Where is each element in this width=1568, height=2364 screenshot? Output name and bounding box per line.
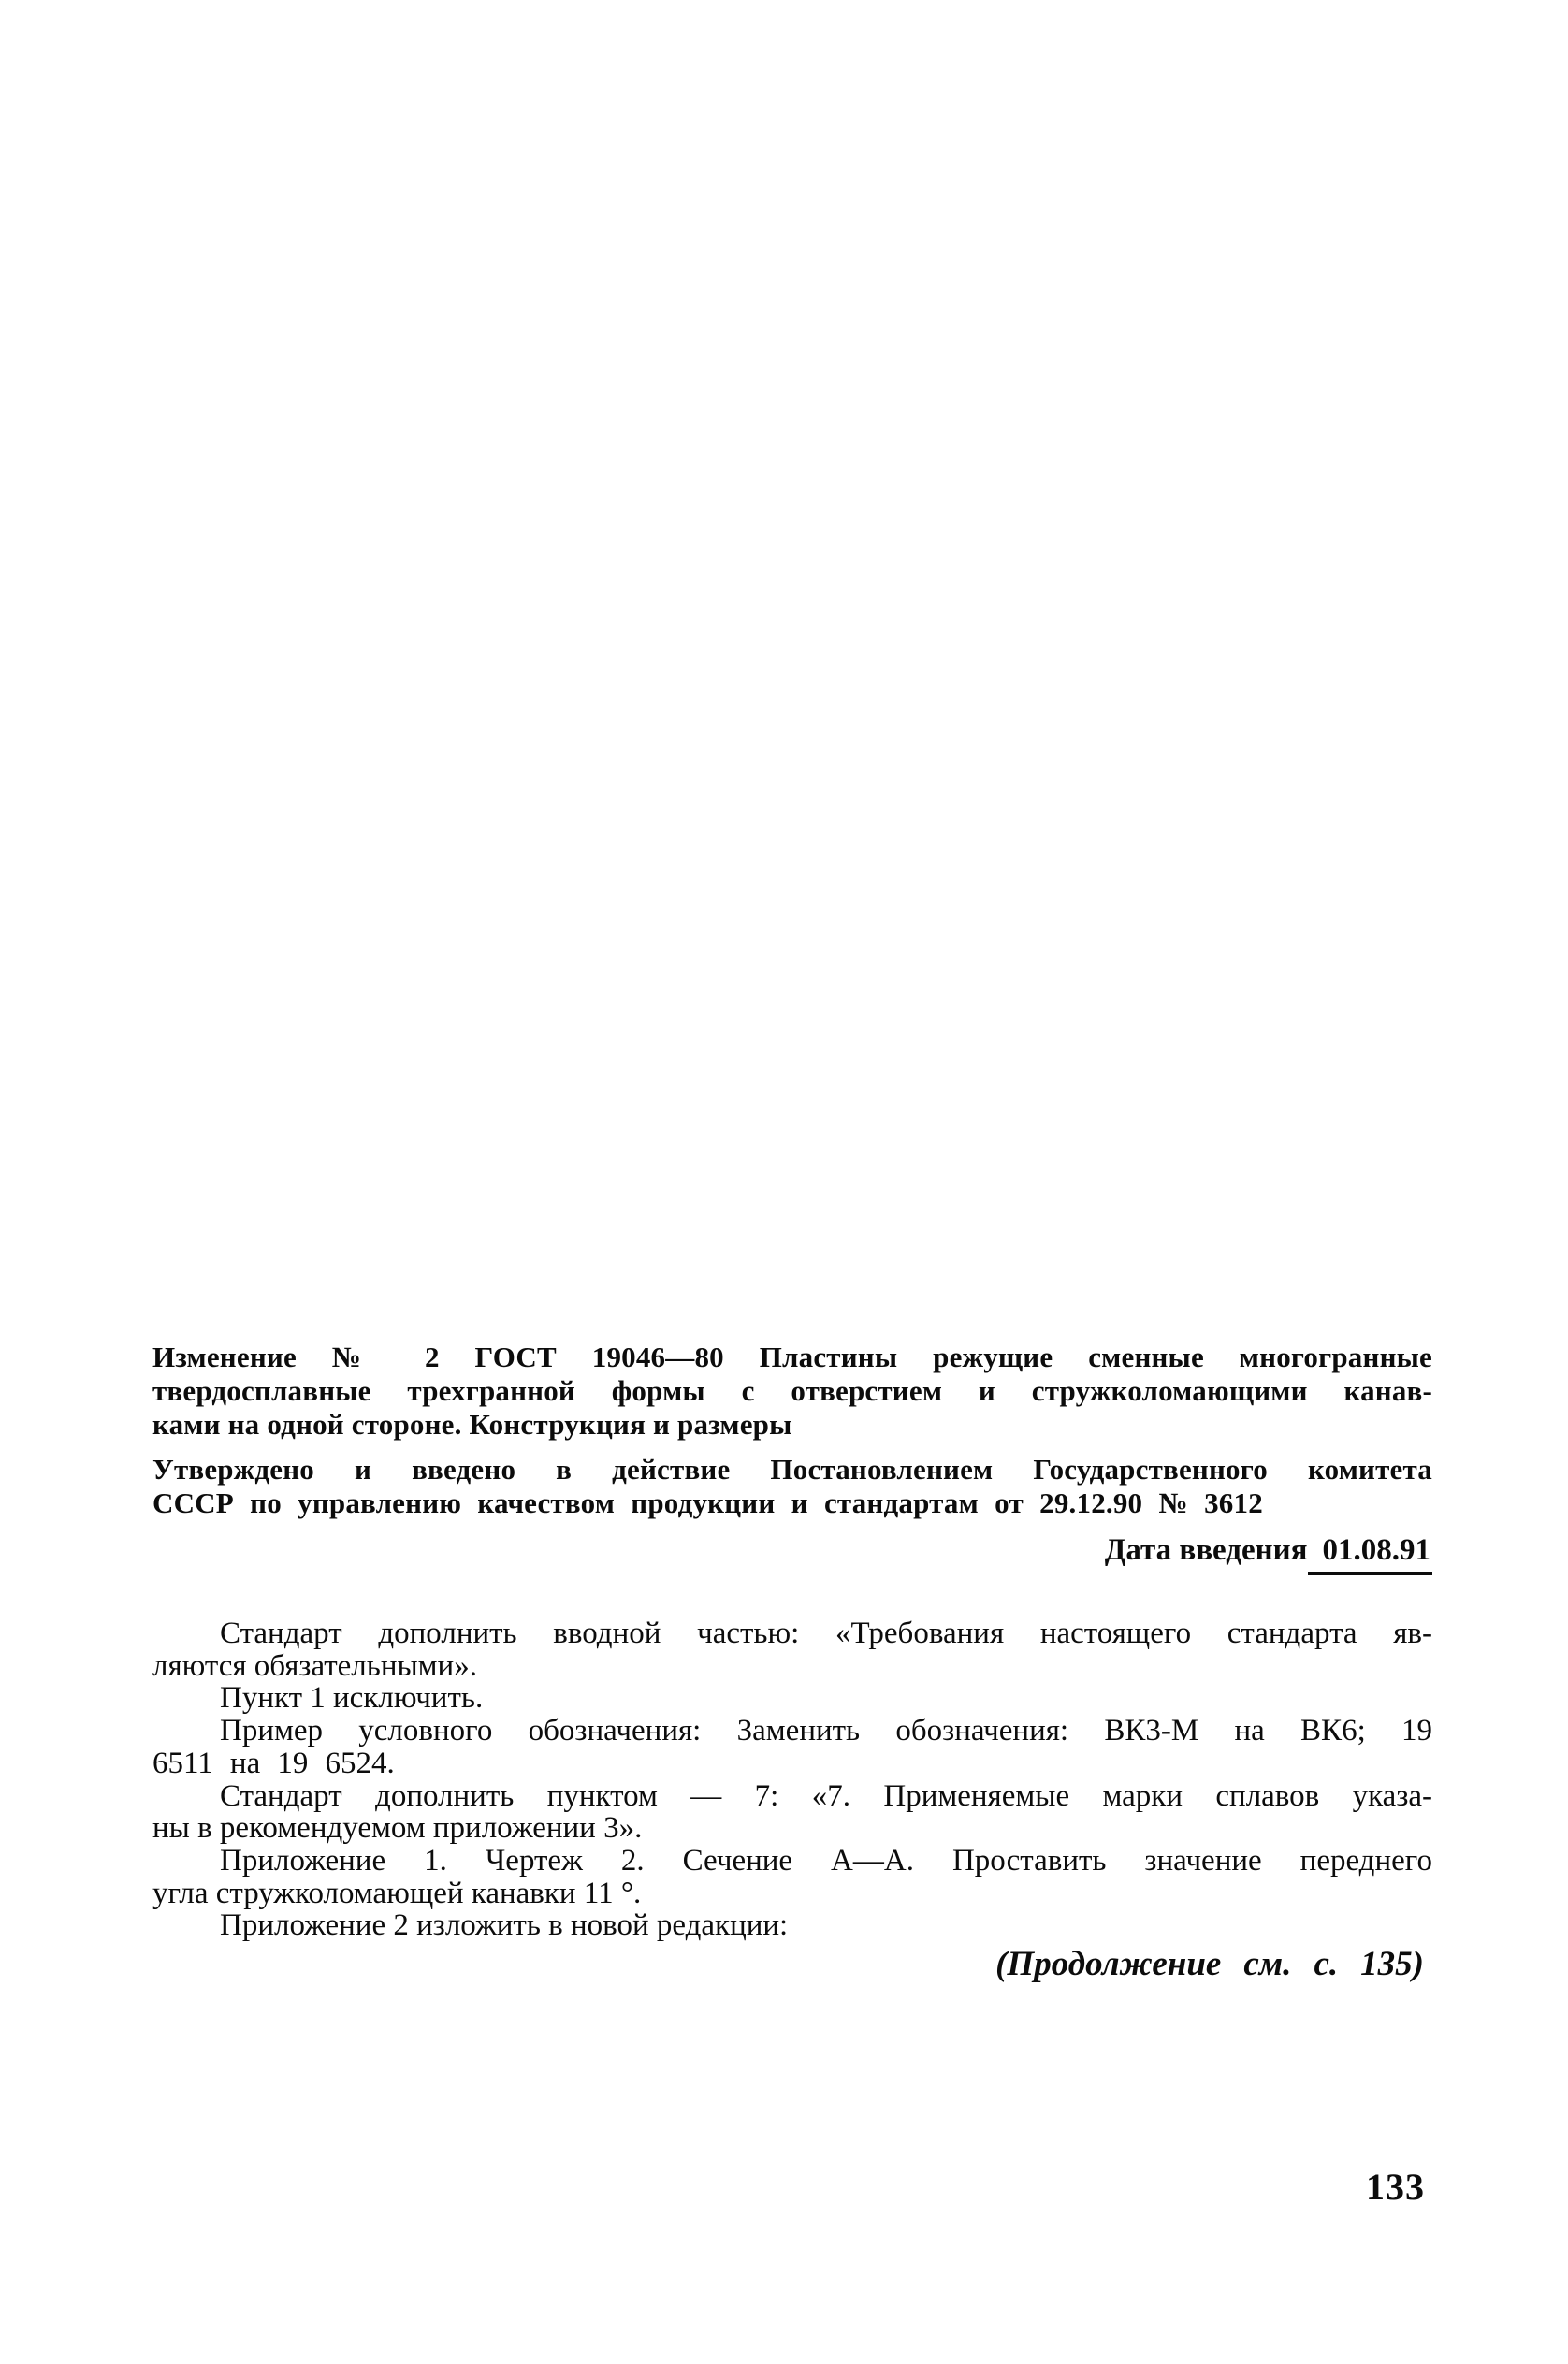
- continuation-note: (Продолжение см. с. 135): [152, 1944, 1432, 1985]
- body-line: Стандарт дополнить пунктом — 7: «7. Прим…: [152, 1780, 1432, 1813]
- body-line: Стандарт дополнить вводной частью: «Треб…: [152, 1617, 1432, 1650]
- amendment-body: Стандарт дополнить вводной частью: «Треб…: [152, 1617, 1432, 1942]
- body-line: угла стружколомающей канавки 11 °.: [152, 1878, 1432, 1910]
- page-number: 133: [1366, 2167, 1425, 2208]
- body-line: 6511 на 19 6524.: [152, 1748, 1432, 1780]
- approval-line: СССР по управлению качеством продукции и…: [152, 1487, 1432, 1520]
- body-line: Пункт 1 исключить.: [152, 1682, 1432, 1715]
- approval-line: Утверждено и введено в действие Постанов…: [152, 1453, 1432, 1487]
- effective-date-label: Дата введения: [1105, 1533, 1308, 1567]
- title-line: ками на одной стороне. Конструкция и раз…: [152, 1408, 1432, 1442]
- body-line: ны в рекомендуемом приложении 3».: [152, 1812, 1432, 1845]
- body-line: Приложение 2 изложить в новой редакции:: [152, 1909, 1432, 1942]
- effective-date-line: Дата введения01.08.91: [152, 1531, 1432, 1575]
- scanned-document-page: Изменение № 2 ГОСТ 19046—80 Пластины реж…: [0, 0, 1568, 2364]
- body-line: ляются обязательными».: [152, 1650, 1432, 1683]
- title-line: Изменение № 2 ГОСТ 19046—80 Пластины реж…: [152, 1341, 1432, 1374]
- body-line: Приложение 1. Чертеж 2. Сечение А—А. Про…: [152, 1845, 1432, 1878]
- title-line: твердосплавные трехгранной формы с отвер…: [152, 1374, 1432, 1408]
- amendment-title-block: Изменение № 2 ГОСТ 19046—80 Пластины реж…: [152, 1341, 1432, 1442]
- approval-statement-block: Утверждено и введено в действие Постанов…: [152, 1453, 1432, 1520]
- effective-date-value: 01.08.91: [1308, 1531, 1433, 1575]
- body-line: Пример условного обозначения: Заменить о…: [152, 1715, 1432, 1748]
